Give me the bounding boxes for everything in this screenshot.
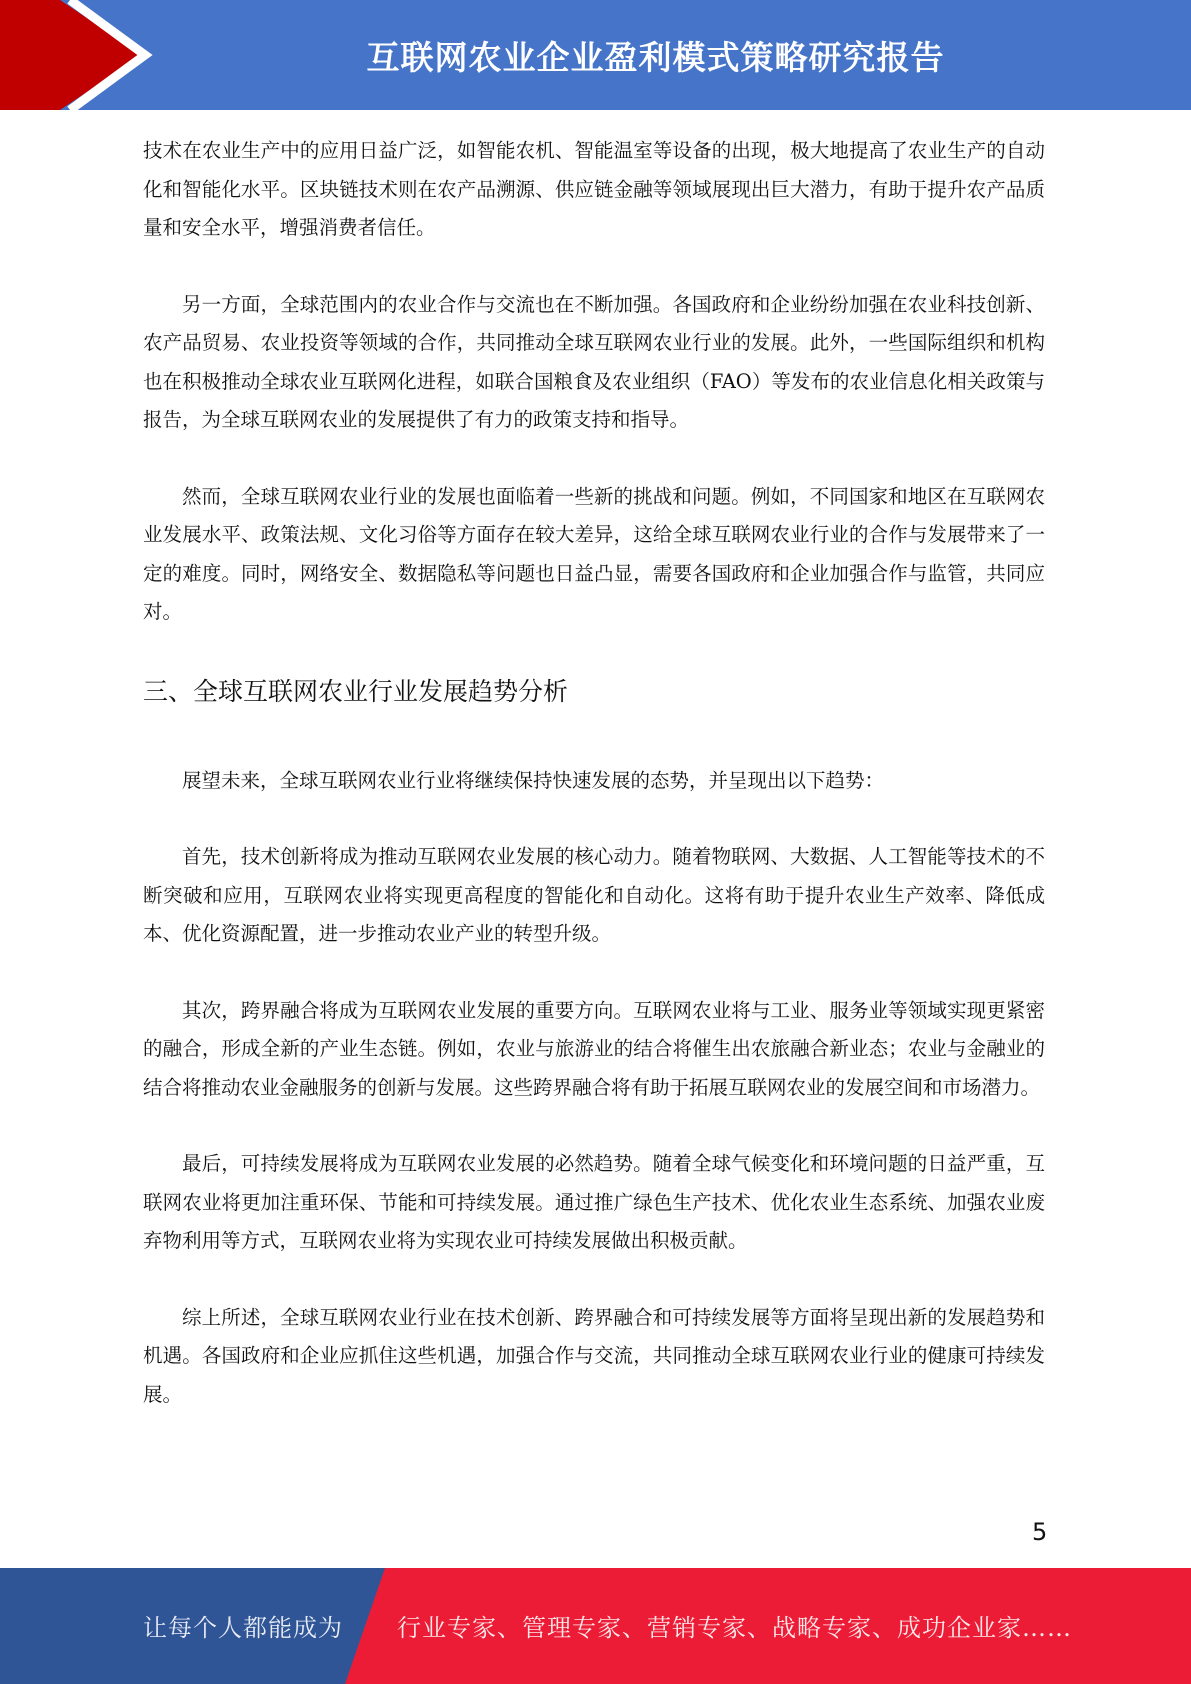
paragraph: 综上所述，全球互联网农业行业在技术创新、跨界融合和可持续发展等方面将呈现出新的发… (143, 1299, 1045, 1415)
paragraph: 技术在农业生产中的应用日益广泛，如智能农机、智能温室等设备的出现，极大地提高了农… (143, 132, 1045, 248)
footer-slogan-left: 让每个人都能成为 (143, 1608, 343, 1643)
paragraph: 最后，可持续发展将成为互联网农业发展的必然趋势。随着全球气候变化和环境问题的日益… (143, 1145, 1045, 1261)
footer-banner: 让每个人都能成为 行业专家、管理专家、营销专家、战略专家、成功企业家…… (0, 1568, 1191, 1684)
header-arrow-icon (0, 0, 200, 110)
paragraph: 展望未来，全球互联网农业行业将继续保持快速发展的态势，并呈现出以下趋势： (143, 762, 1045, 801)
document-body: 技术在农业生产中的应用日益广泛，如智能农机、智能温室等设备的出现，极大地提高了农… (143, 132, 1045, 1414)
report-header-band: 互联网农业企业盈利模式策略研究报告 (0, 0, 1191, 110)
paragraph: 首先，技术创新将成为推动互联网农业发展的核心动力。随着物联网、大数据、人工智能等… (143, 838, 1045, 954)
section-heading: 三、全球互联网农业行业发展趋势分析 (143, 672, 1045, 708)
paragraph: 另一方面，全球范围内的农业合作与交流也在不断加强。各国政府和企业纷纷加强在农业科… (143, 286, 1045, 440)
report-title: 互联网农业企业盈利模式策略研究报告 (250, 0, 1061, 110)
footer-slogan-right: 行业专家、管理专家、营销专家、战略专家、成功企业家…… (397, 1608, 1072, 1643)
paragraph: 其次，跨界融合将成为互联网农业发展的重要方向。互联网农业将与工业、服务业等领域实… (143, 992, 1045, 1108)
page-number: 5 (1032, 1518, 1047, 1546)
paragraph: 然而，全球互联网农业行业的发展也面临着一些新的挑战和问题。例如，不同国家和地区在… (143, 478, 1045, 632)
